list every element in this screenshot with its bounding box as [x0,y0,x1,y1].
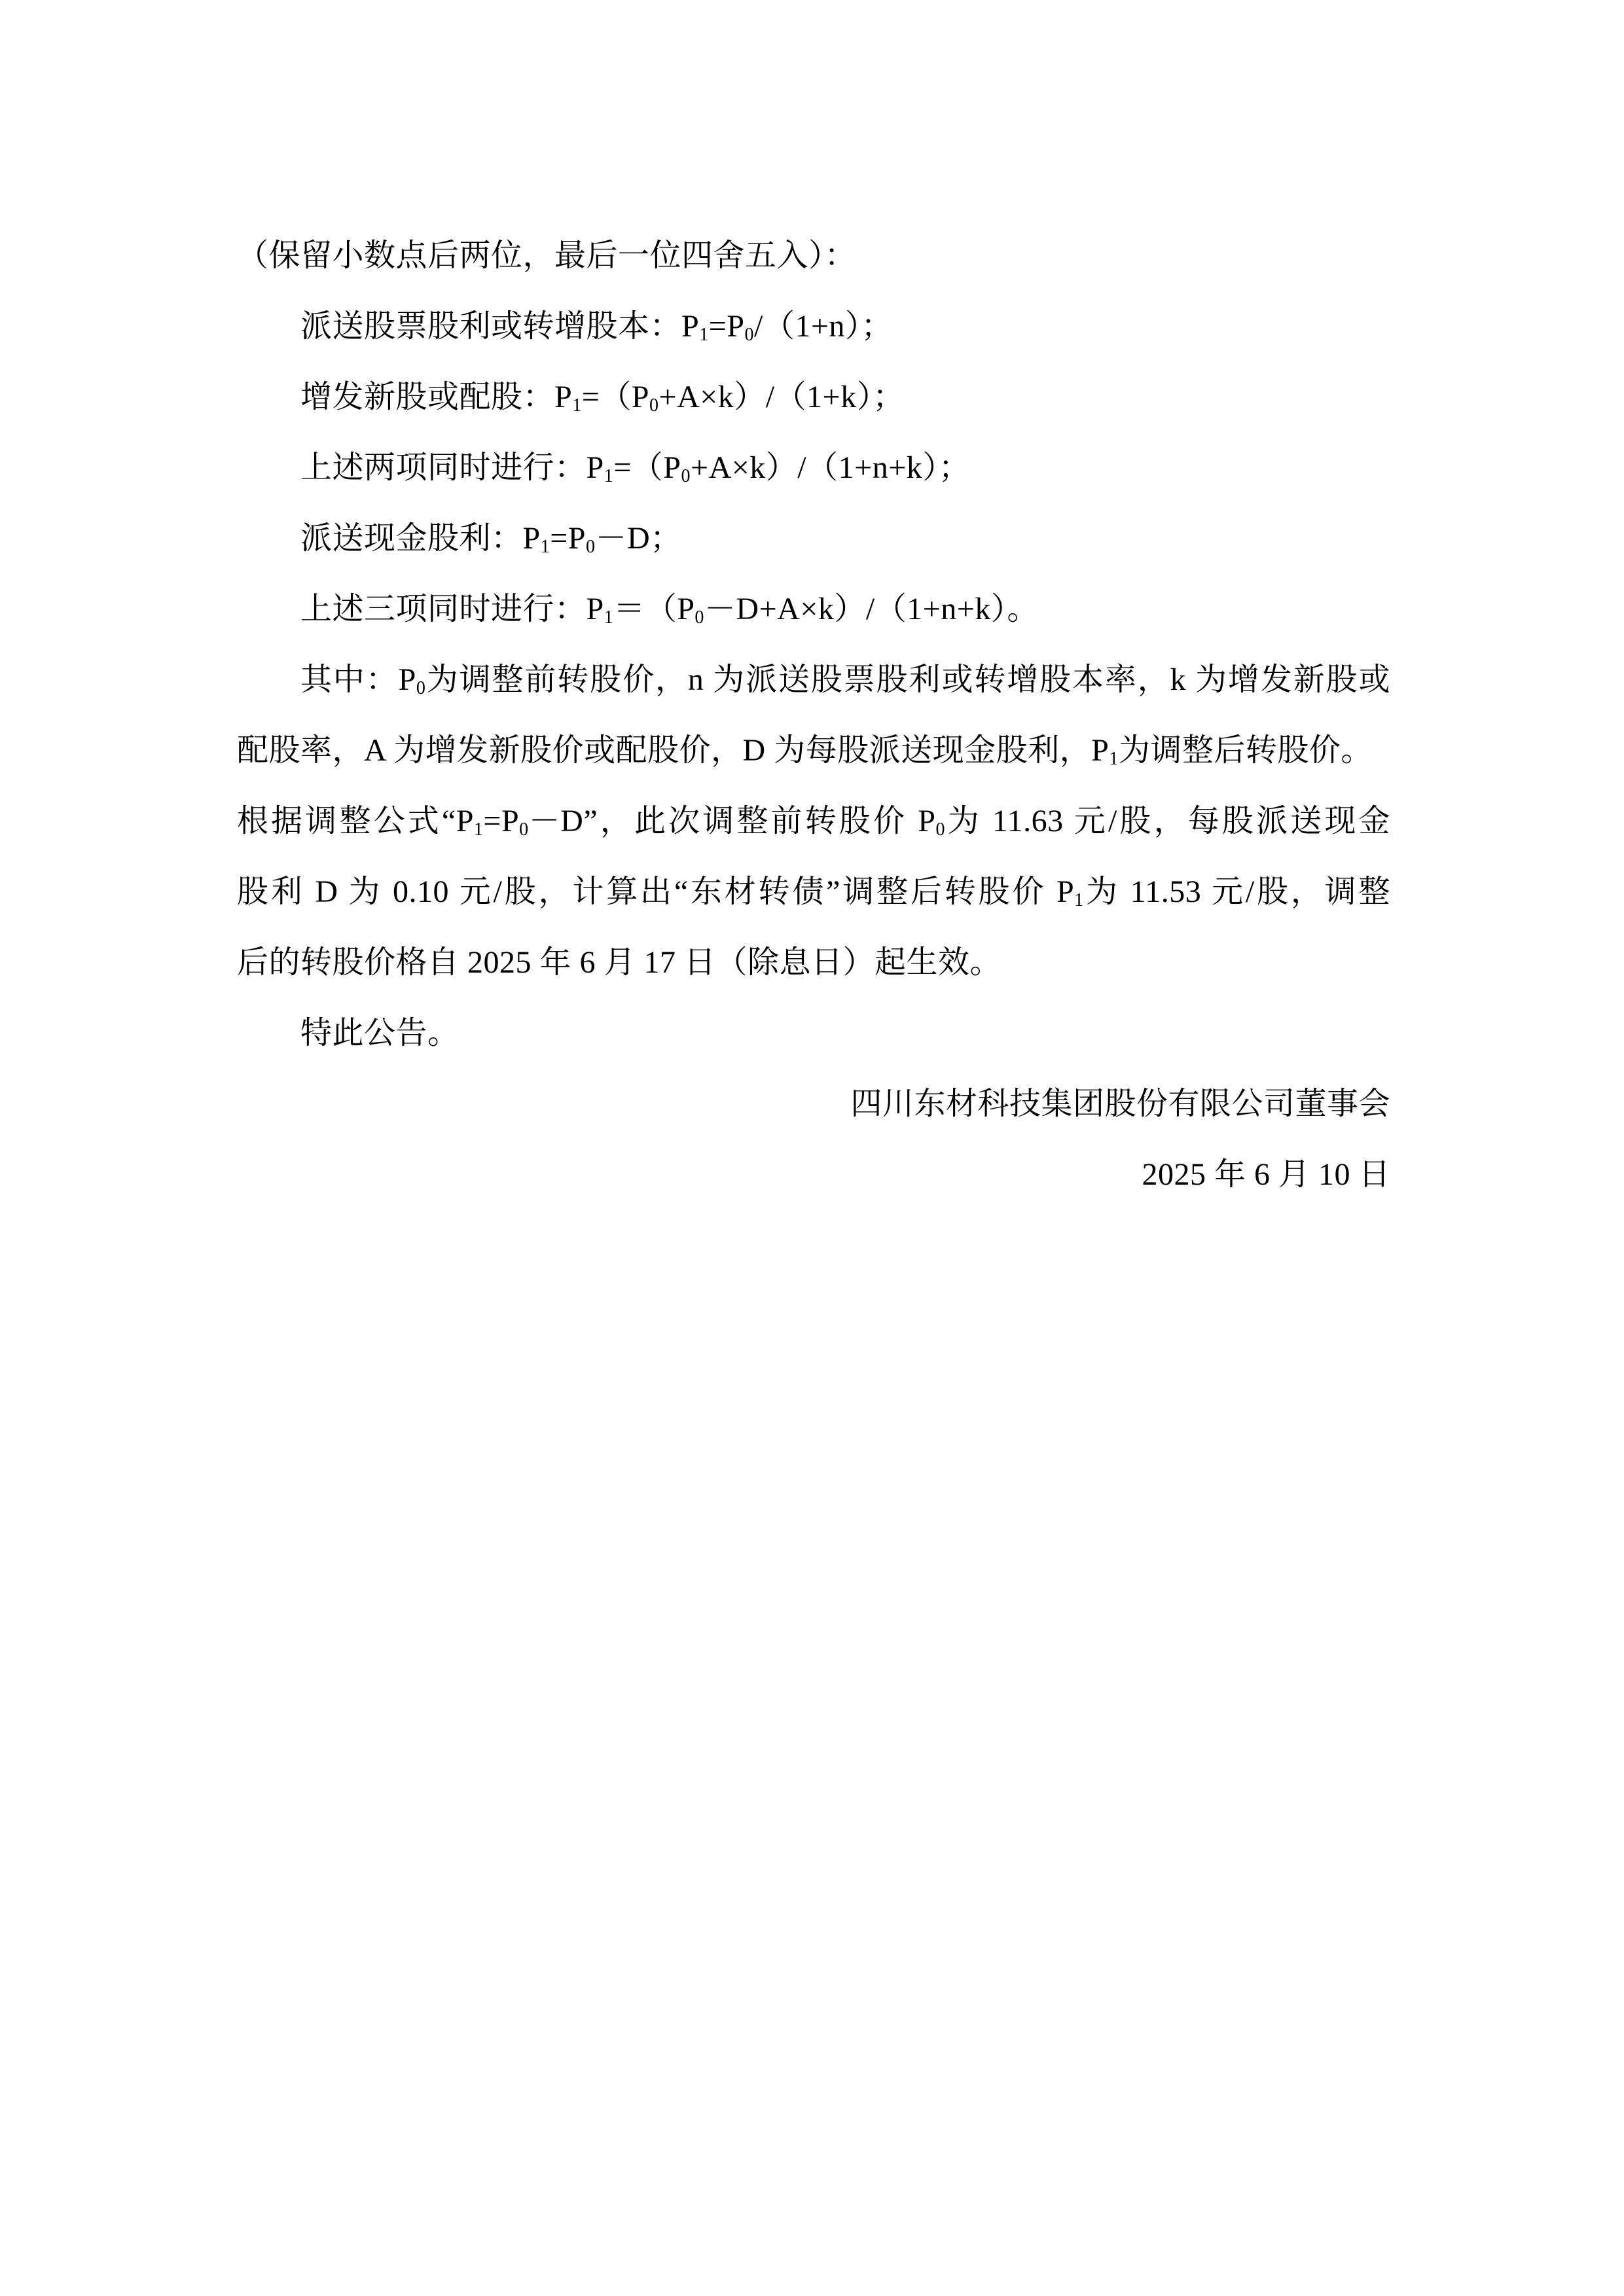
document-page: （保留小数点后两位，最后一位四舍五入）： 派送股票股利或转增股本：P1=P0/（… [0,0,1624,2296]
calculation-line: 股利 D 为 0.10 元/股，计算出“东材转债”调整后转股价 P1为 11.5… [237,857,1390,927]
rounding-note-text: （保留小数点后两位，最后一位四舍五入）： [237,238,856,273]
company-name: 四川东材科技集团股份有限公司董事会 [850,1086,1390,1121]
formula-two-combined: 上述两项同时进行：P1=（P0+A×k）/（1+n+k）； [237,433,1390,503]
calculation-line: 根据调整公式“P1=P0－D”，此次调整前转股价 P0为 11.63 元/股，每… [237,786,1390,857]
announcement-date: 2025 年 6 月 10 日 [1142,1157,1390,1192]
formula-label: 上述两项同时进行： [300,450,586,485]
formula-label: 派送现金股利： [300,521,523,556]
variable-definitions: 其中：P0为调整前转股价，n 为派送股票股利或转增股本率，k 为增发新股或 配股… [237,645,1390,786]
signature-date: 2025 年 6 月 10 日 [237,1139,1390,1210]
definitions-line: 其中：P0为调整前转股价，n 为派送股票股利或转增股本率，k 为增发新股或 [237,645,1390,715]
formula-cash-dividend: 派送现金股利：P1=P0－D； [237,503,1390,574]
definitions-line: 配股率，A 为增发新股价或配股价，D 为每股派送现金股利，P1为调整后转股价。 [237,715,1390,786]
formula-new-shares: 增发新股或配股：P1=（P0+A×k）/（1+k）； [237,362,1390,433]
formula-label: 增发新股或配股： [300,380,554,414]
formula-stock-dividend: 派送股票股利或转增股本：P1=P0/（1+n）； [237,291,1390,362]
adjustment-calculation: 根据调整公式“P1=P0－D”，此次调整前转股价 P0为 11.63 元/股，每… [237,786,1390,998]
rounding-note: （保留小数点后两位，最后一位四舍五入）： [237,221,1390,291]
announcement-body: （保留小数点后两位，最后一位四舍五入）： 派送股票股利或转增股本：P1=P0/（… [237,221,1390,1210]
formula-label: 派送股票股利或转增股本： [300,309,681,344]
signature-company: 四川东材科技集团股份有限公司董事会 [237,1069,1390,1139]
closing-statement: 特此公告。 [237,998,1390,1069]
calculation-line: 后的转股价格自 2025 年 6 月 17 日（除息日）起生效。 [237,927,1390,998]
formula-label: 上述三项同时进行： [300,592,586,626]
closing-text: 特此公告。 [300,1016,460,1050]
formula-three-combined: 上述三项同时进行：P1＝（P0－D+A×k）/（1+n+k）。 [237,574,1390,645]
